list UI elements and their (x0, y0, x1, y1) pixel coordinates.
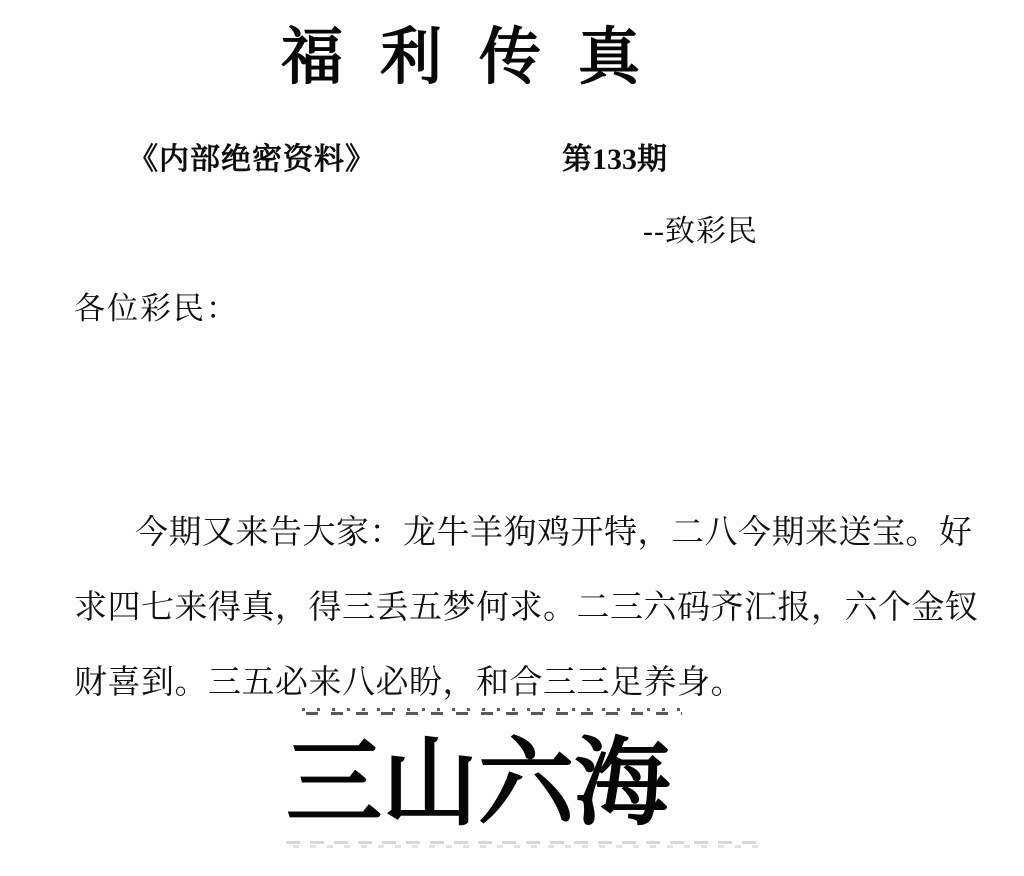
issue-suffix: 期 (637, 143, 667, 176)
slogan-text: 三山六海 (286, 734, 670, 835)
dedication-line: --致彩民 (643, 206, 758, 250)
issue-prefix: 第 (562, 143, 592, 176)
clipped-text-fragments-bottom (286, 841, 760, 848)
clipped-text-fragments-middle (302, 708, 682, 715)
document-page: 福利传真 《内部绝密资料》 第133期 --致彩民 各位彩民： 今期又来告大家：… (0, 0, 1024, 876)
verse-line-3: 财喜到。三五必来八必盼，和合三三足养身。 (74, 656, 744, 703)
verse-line-2: 求四七来得真，得三丢五梦何求。二三六码齐汇报，六个金钗 (74, 581, 979, 628)
classification-note: 《内部绝密资料》 (128, 134, 376, 178)
issue-value: 133 (592, 143, 637, 176)
issue-number: 第133期 (562, 134, 667, 178)
salutation: 各位彩民： (74, 283, 239, 328)
page-title: 福利传真 (281, 24, 677, 92)
verse-line-1: 今期又来告大家：龙牛羊狗鸡开特，二八今期来送宝。好 (135, 506, 973, 553)
